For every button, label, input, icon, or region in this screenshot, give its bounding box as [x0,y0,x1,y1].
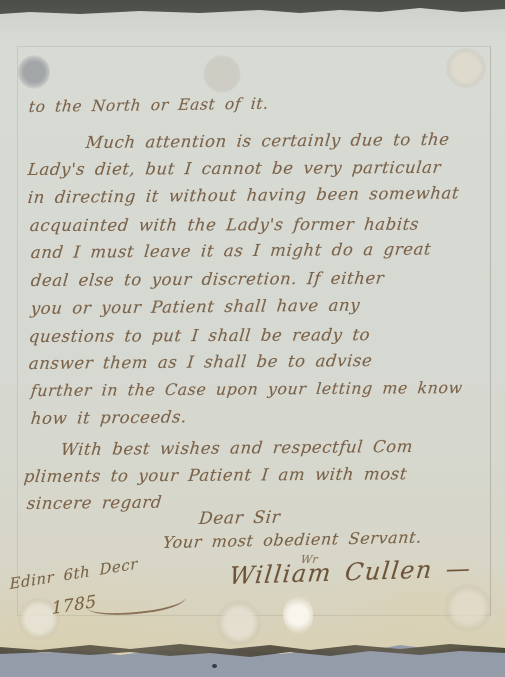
letter-line: to the North or East of it. [28,95,270,116]
photographed-letter: to the North or East of it. Much attenti… [0,0,505,677]
letter-line: further in the Case upon your letting me… [30,378,464,400]
letter-line: sincere regard [26,493,163,513]
letter-line: you or your Patient shall have any [30,296,361,318]
letter-line: and I must leave it as I might do a grea… [30,239,432,262]
closing-salutation: Dear Sir [198,508,281,529]
letter-line: acquainted with the Lady's former habits [29,215,420,235]
letter-line: answer them as I shall be to advise [28,351,373,373]
letter-line: pliments to your Patient I am with most [23,464,408,486]
letter-line: deal else to your discretion. If either [30,269,385,290]
letter-line: questions to put I shall be ready to [28,325,371,346]
letter-line: With best wishes and respectful Com [60,437,414,459]
letter-line: Much attention is certainly due to the [85,130,451,152]
letter-line: Lady's diet, but I cannot be very partic… [27,158,442,179]
ink-speck [212,664,217,668]
letter-line: how it proceeds. [30,407,188,428]
